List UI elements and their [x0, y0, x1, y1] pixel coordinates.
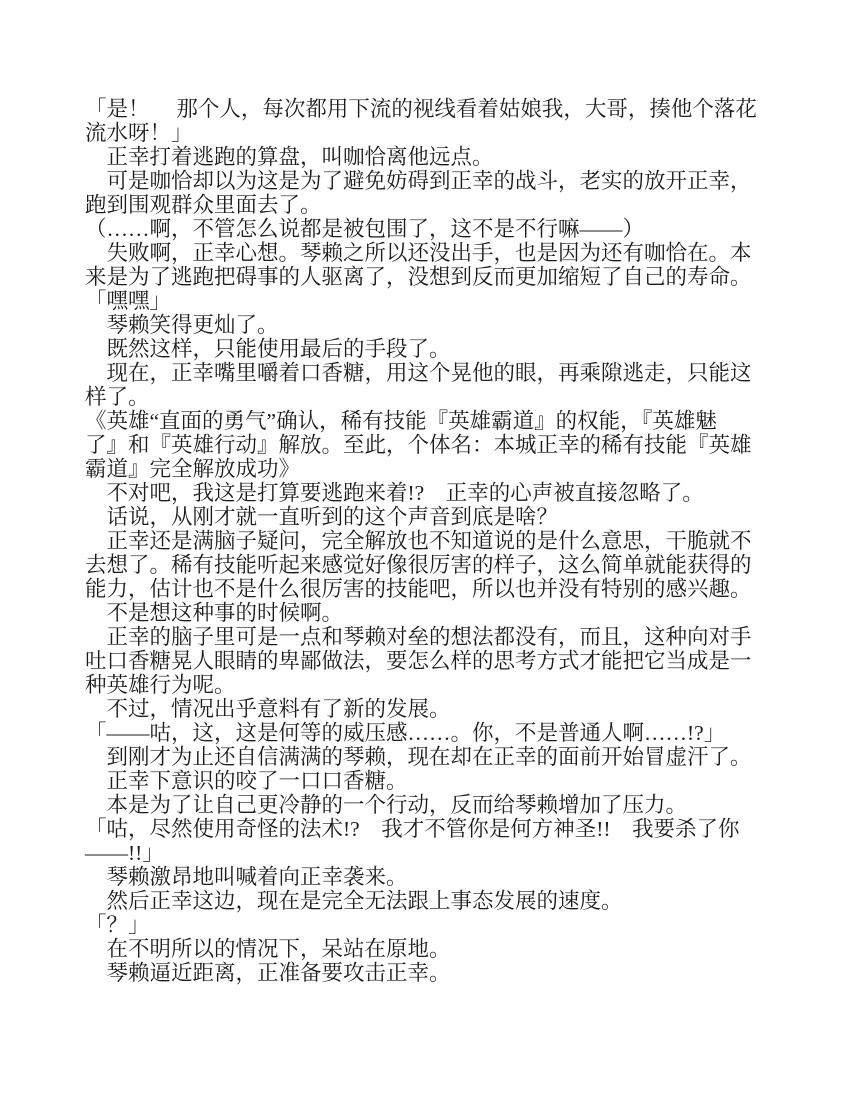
novel-page: 「是！ 那个人，每次都用下流的视线看着姑娘我，大哥，揍他个落花 流水呀！」 正幸…: [0, 0, 850, 1100]
text-line: ——!!」: [85, 841, 785, 865]
text-line: 跑到围观群众里面去了。: [85, 193, 785, 217]
text-line: 来是为了逃跑把碍事的人驱离了，没想到反而更加缩短了自己的寿命。: [85, 265, 785, 289]
text-line: 然后正幸这边，现在是完全无法跟上事态发展的速度。: [85, 889, 785, 913]
text-line: 不是想这种事的时候啊。: [85, 601, 785, 625]
text-line: 流水呀！」: [85, 121, 785, 145]
novel-text-block: 「是！ 那个人，每次都用下流的视线看着姑娘我，大哥，揍他个落花 流水呀！」 正幸…: [85, 97, 785, 985]
text-line: 种英雄行为呢。: [85, 673, 785, 697]
text-line: 不对吧，我这是打算要逃跑来着!? 正幸的心声被直接忽略了。: [85, 481, 785, 505]
text-line: 「是！ 那个人，每次都用下流的视线看着姑娘我，大哥，揍他个落花: [85, 97, 785, 121]
text-line: 琴赖激昂地叫喊着向正幸袭来。: [85, 865, 785, 889]
text-line: 样了。: [85, 385, 785, 409]
text-line: 去想了。稀有技能听起来感觉好像很厉害的样子，这么简单就能获得的: [85, 553, 785, 577]
text-line: 话说，从刚才就一直听到的这个声音到底是啥？: [85, 505, 785, 529]
text-line: 不过，情况出乎意料有了新的发展。: [85, 697, 785, 721]
text-line: 失败啊，正幸心想。琴赖之所以还没出手，也是因为还有咖恰在。本: [85, 241, 785, 265]
text-line: 「？」: [85, 913, 785, 937]
text-line: 「嘿嘿」: [85, 289, 785, 313]
text-line: 琴赖笑得更灿了。: [85, 313, 785, 337]
text-line: 到刚才为止还自信满满的琴赖，现在却在正幸的面前开始冒虚汗了。: [85, 745, 785, 769]
text-line: 现在，正幸嘴里嚼着口香糖，用这个晃他的眼，再乘隙逃走，只能这: [85, 361, 785, 385]
text-line: 在不明所以的情况下，呆站在原地。: [85, 937, 785, 961]
text-line: 吐口香糖晃人眼睛的卑鄙做法，要怎么样的思考方式才能把它当成是一: [85, 649, 785, 673]
text-line: 本是为了让自己更冷静的一个行动，反而给琴赖增加了压力。: [85, 793, 785, 817]
text-line: 正幸还是满脑子疑问，完全解放也不知道说的是什么意思，干脆就不: [85, 529, 785, 553]
text-line: 可是咖恰却以为这是为了避免妨碍到正幸的战斗，老实的放开正幸，: [85, 169, 785, 193]
text-line: 正幸的脑子里可是一点和琴赖对垒的想法都没有，而且，这种向对手: [85, 625, 785, 649]
text-line: 《英雄“直面的勇气”确认，稀有技能『英雄霸道』的权能，『英雄魅: [85, 409, 785, 433]
text-line: 霸道』完全解放成功》: [85, 457, 785, 481]
text-line: 正幸下意识的咬了一口口香糖。: [85, 769, 785, 793]
text-line: 能力，估计也不是什么很厉害的技能吧，所以也并没有特别的感兴趣。: [85, 577, 785, 601]
text-line: 琴赖逼近距离，正准备要攻击正幸。: [85, 961, 785, 985]
text-line: 「咕，尽然使用奇怪的法术!? 我才不管你是何方神圣!! 我要杀了你: [85, 817, 785, 841]
text-line: （……啊，不管怎么说都是被包围了，这不是不行嘛——）: [85, 217, 785, 241]
text-line: 正幸打着逃跑的算盘，叫咖恰离他远点。: [85, 145, 785, 169]
text-line: 「——咕，这，这是何等的威压感……。你，不是普通人啊……!?」: [85, 721, 785, 745]
text-line: 了』和『英雄行动』解放。至此，个体名：本城正幸的稀有技能『英雄: [85, 433, 785, 457]
text-line: 既然这样，只能使用最后的手段了。: [85, 337, 785, 361]
